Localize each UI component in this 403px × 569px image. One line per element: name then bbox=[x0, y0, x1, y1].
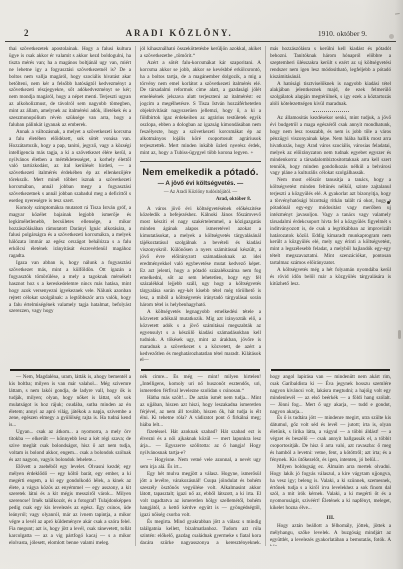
section-break bbox=[313, 111, 349, 112]
masthead-title: ARADI KÖZLÖNY. bbox=[126, 28, 233, 38]
paragraph: Hátha más szólt!... De aztán ismét nem t… bbox=[140, 395, 261, 430]
scan-artifact-dash: – bbox=[394, 8, 398, 18]
scan-artifact-smudge bbox=[389, 34, 394, 39]
paragraph: Hogy aztán beállott a félhomály, jöttek,… bbox=[270, 523, 391, 546]
paragraph: Milyen boldogság ez. Álmaim arra mertek … bbox=[270, 464, 391, 512]
article-divider-rule bbox=[140, 161, 261, 162]
paragraph: A költségvetés legnagyobb emelkedési tét… bbox=[140, 309, 261, 364]
column3-article-section: más hozzászólásra s kerülni kell kiadást… bbox=[270, 46, 391, 366]
newspaper-page: 2 ARADI KÖZLÖNY. 1910. október 9. thai s… bbox=[0, 0, 403, 569]
column1-article-section: thai szövetkezetek apostolainak. Hogy a … bbox=[9, 46, 131, 366]
news-column-2: jól kihasználható összeköttetésbe kerülj… bbox=[135, 46, 265, 546]
article-byline: — Az Aradi Közlöny tudósitójától. — bbox=[140, 190, 261, 195]
paragraph: hogy angol lapirása van — mindenütt nem … bbox=[270, 374, 391, 415]
paragraph: nék cimre... És még — mint! milyen hirte… bbox=[140, 374, 261, 395]
paragraph: És ő is tudtára jött — mindenre megirt, … bbox=[270, 415, 391, 463]
paragraph: Komoly szimptomákra mutatott rá Tisza Is… bbox=[9, 205, 131, 260]
feuilleton-part-after: Hogy aztán beállott a félhomály, jöttek,… bbox=[270, 523, 391, 546]
column1-feuilleton-section: — Nem, Magdaléna, uram, látták is, ahogy… bbox=[9, 374, 131, 546]
paragraph: fizetéssel. Hát azoknak szabad? Hát szab… bbox=[140, 429, 261, 457]
paragraph: Azért a sötét falu-korcsmákat kár szapor… bbox=[140, 60, 261, 157]
article2-continuation-a: más hozzászólásra s kerülni kell kiadást… bbox=[270, 46, 391, 108]
page-number: 2 bbox=[24, 28, 29, 38]
article-dateline: Arad, október 8. bbox=[140, 197, 251, 202]
issue-date: 1910. október 9. bbox=[318, 29, 367, 38]
news-column-1: thai szövetkezetek apostolainak. Hogy a … bbox=[5, 46, 135, 546]
article1-continuation: jól kihasználható összeköttetésbe kerülj… bbox=[140, 46, 261, 157]
paragraph: Az államositás kezdésekor senki, mint tu… bbox=[270, 115, 391, 177]
column3-feuilleton-section: hogy angol lapirása van — mindenütt nem … bbox=[270, 374, 391, 546]
page-header: 2 ARADI KÖZLÖNY. 1910. október 9. bbox=[0, 0, 403, 40]
paragraph: thai szövetkezetek apostolainak. Hogy a … bbox=[9, 46, 131, 129]
paragraph: Annak a változásnak, a melyet a szövetke… bbox=[9, 129, 131, 205]
feuilleton-rule bbox=[10, 369, 130, 371]
paragraph: — Hogyisne. Nem vetné vele azonnal, a ne… bbox=[140, 457, 261, 471]
column2-article-section: jól kihasználható összeköttetésbe kerülj… bbox=[140, 46, 261, 366]
paragraph: más hozzászólásra s kerülni kell kiadást… bbox=[270, 46, 391, 81]
paragraph: Egy hét mulva megjött a válasz. Hogyne, … bbox=[140, 471, 261, 519]
feuilleton-rule bbox=[141, 369, 260, 371]
paragraph: — Nem, Magdaléna, uram, látták is, ahogy… bbox=[9, 374, 131, 429]
feuilleton-chapter-mark: III. bbox=[270, 515, 391, 521]
article2-body: A város jövő évi költségvetésének előkés… bbox=[140, 206, 261, 365]
paragraph: Igaza van abban is, hogy nálunk a fogyas… bbox=[9, 260, 131, 315]
paragraph: A költségvetés még a hét folyamán nyomdá… bbox=[270, 267, 391, 288]
paragraph: jól kihasználható összeköttetésbe kerülj… bbox=[140, 46, 261, 60]
paragraph: Nem most először tanusitja a tanács, hog… bbox=[270, 177, 391, 267]
scan-artifact-streak bbox=[398, 330, 401, 339]
column2-feuilleton-section: nék cimre... És még — mint! milyen hirte… bbox=[140, 374, 261, 546]
article2-continuation-b: Az államositás kezdésekor senki, mint tu… bbox=[270, 115, 391, 288]
column-container: thai szövetkezetek apostolainak. Hogy a … bbox=[0, 42, 403, 546]
article-headline: Nem emelkedik a pótadó. bbox=[140, 167, 261, 177]
article-subhead: — A jövő évi költségvetés. — bbox=[140, 180, 261, 187]
paragraph: A város jövő évi költségvetésének előkés… bbox=[140, 206, 261, 310]
scan-artifact-dot bbox=[387, 201, 390, 204]
paragraph: Ugyan... csak az átkom... a nyomorra, a … bbox=[9, 429, 131, 464]
news-column-3: más hozzászólásra s kerülni kell kiadást… bbox=[265, 46, 395, 546]
paragraph: És megirta. Mind gyakrabban jött a válas… bbox=[140, 519, 261, 546]
paragraph: Elővett a zsebéből egy levelet. Olvasni … bbox=[9, 464, 131, 546]
feuilleton-part-before: hogy angol lapirása van — mindenütt nem … bbox=[270, 374, 391, 512]
paragraph: A hatósági tisztviselőknek is nagyobb ki… bbox=[270, 81, 391, 109]
feuilleton-rule bbox=[271, 369, 390, 371]
